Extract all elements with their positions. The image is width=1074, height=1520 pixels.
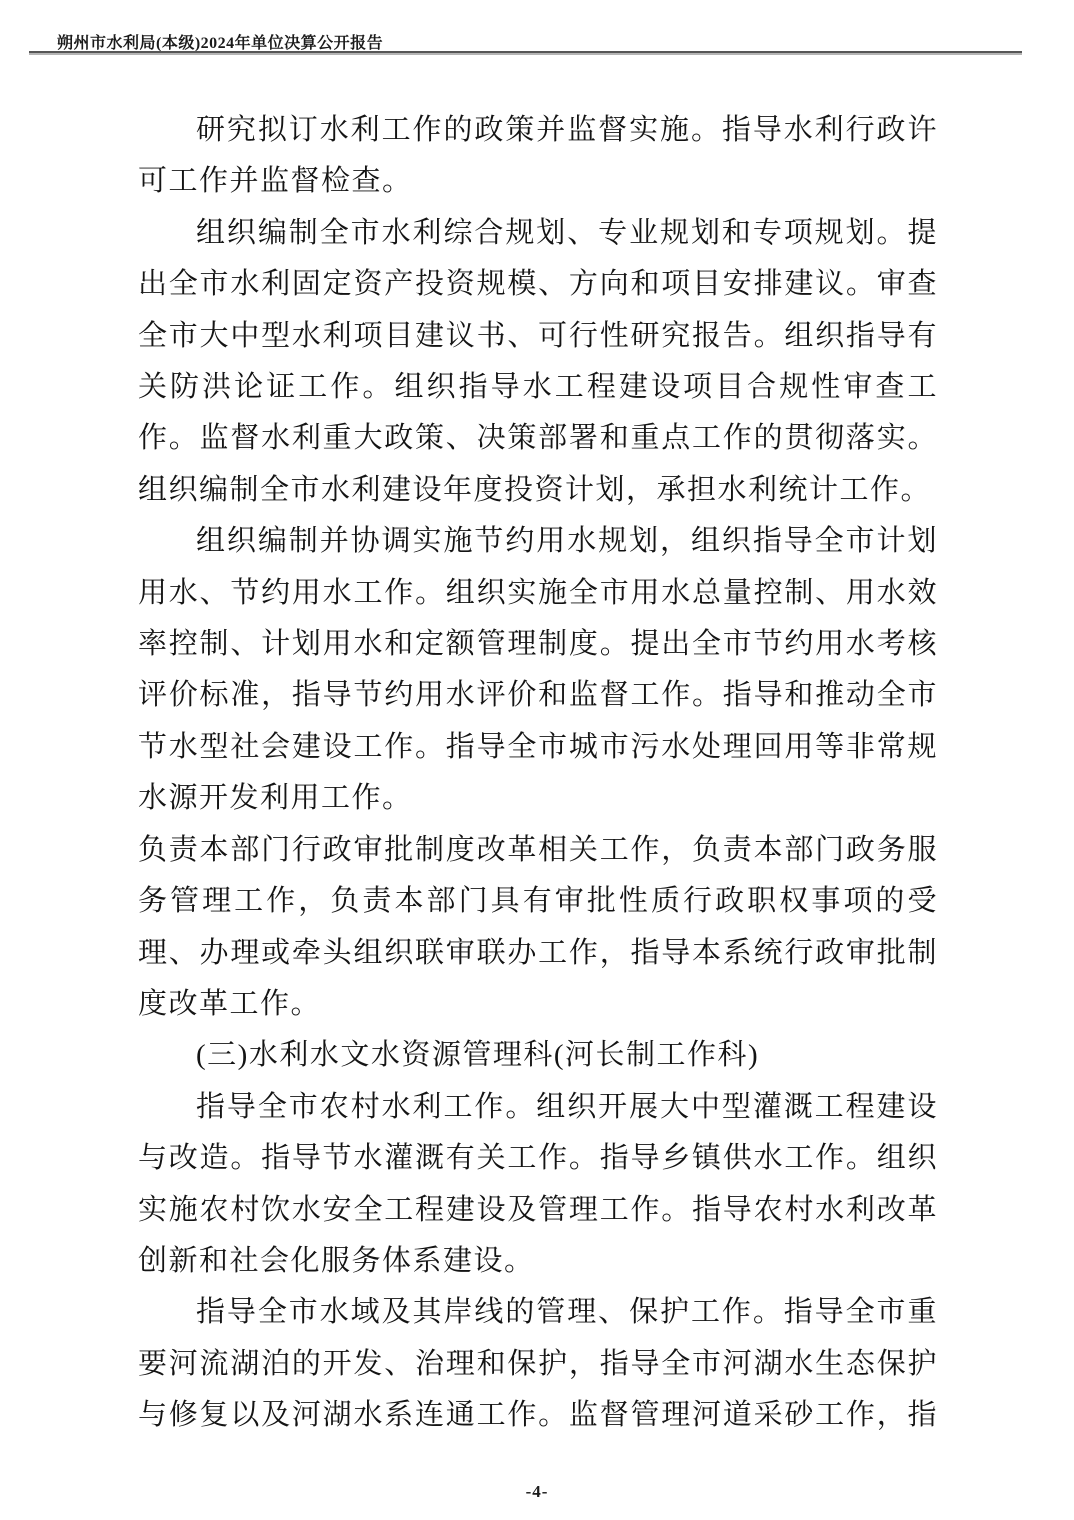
page-number: -4-: [526, 1482, 549, 1501]
paragraph: 负责本部门行政审批制度改革相关工作，负责本部门政务服务管理工作，负责本部门具有审…: [138, 825, 938, 1031]
document-header-title: 朔州市水利局(本级)2024年单位决算公开报告: [57, 30, 383, 53]
paragraph: 研究拟订水利工作的政策并监督实施。指导水利行政许可工作并监督检查。: [138, 105, 938, 208]
paragraph: 组织编制全市水利综合规划、专业规划和专项规划。提出全市水利固定资产投资规模、方向…: [138, 208, 938, 516]
paragraph: 组织编制并协调实施节约用水规划，组织指导全市计划用水、节约用水工作。组织实施全市…: [138, 516, 938, 824]
document-page: 朔州市水利局(本级)2024年单位决算公开报告 研究拟订水利工作的政策并监督实施…: [0, 0, 1074, 1520]
header-divider: [29, 51, 1022, 55]
page-footer: -4-: [0, 1482, 1074, 1502]
paragraph: 指导全市水域及其岸线的管理、保护工作。指导全市重要河流湖泊的开发、治理和保护，指…: [138, 1287, 938, 1451]
paragraph: (三)水利水文水资源管理科(河长制工作科): [138, 1030, 938, 1081]
paragraph: 指导全市农村水利工作。组织开展大中型灌溉工程建设与改造。指导节水灌溉有关工作。指…: [138, 1082, 938, 1288]
document-body: 研究拟订水利工作的政策并监督实施。指导水利行政许可工作并监督检查。组织编制全市水…: [138, 105, 938, 1451]
